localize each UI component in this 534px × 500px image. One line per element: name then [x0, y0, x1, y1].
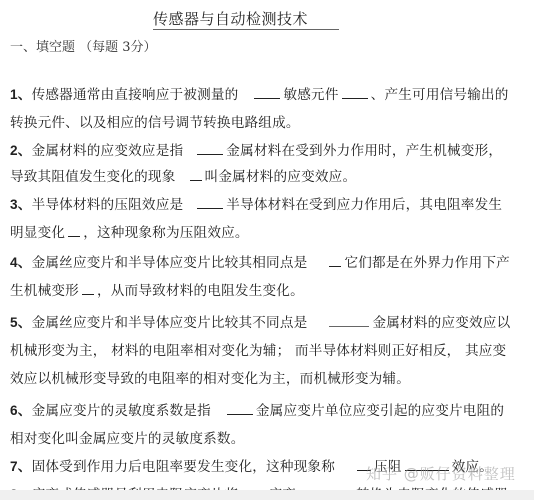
question-2-line-2: 导致其阻值发生变化的现象叫金属材料的应变效应。 [10, 168, 356, 186]
question-3-line-2: 明显变化，这种现象称为压阻效应。 [10, 224, 249, 242]
answer-blank [68, 224, 80, 237]
question-number: 3、 [10, 197, 32, 212]
question-4-line-1: 4、金属丝应变片和半导体应变片比较其相同点是它们都是在外界力作用下产 [10, 254, 510, 272]
question-3-line-1: 3、半导体材料的压阻效应是半导体材料在受到应力作用后，其电阻率发生 [10, 196, 502, 214]
answer-blank [82, 282, 94, 295]
question-number: 4、 [10, 255, 32, 270]
question-number: 6、 [10, 403, 32, 418]
answer-blank [227, 402, 253, 415]
answer-blank [190, 168, 202, 181]
question-1-line-2: 转换元件、以及相应的信号调节转换电路组成。 [10, 114, 300, 132]
section-heading: 一、填空题 （每题 3分） [10, 40, 157, 56]
question-number: 2、 [10, 143, 32, 158]
question-6-line-2: 相对变化叫金属应变片的灵敏度系数。 [10, 430, 245, 448]
answer-blank [197, 142, 223, 155]
document-title: 传感器与自动检测技术 [153, 10, 339, 30]
question-number: 5、 [10, 315, 32, 330]
question-6-line-1: 6、金属应变片的灵敏度系数是指金属应变片单位应变引起的应变片电阻的 [10, 402, 504, 420]
question-5-line-2: 机械形变为主， 材料的电阻率相对变化为辅； 而半导体材料则正好相反， 其应变 [10, 342, 506, 360]
question-1-line-1: 1、传感器通常由直接响应于被测量的敏感元件、产生可用信号输出的 [10, 86, 509, 104]
answer-blank [342, 86, 368, 99]
answer-blank [329, 314, 369, 327]
bottom-strip [0, 490, 534, 500]
question-number: 1、 [10, 87, 32, 102]
watermark: 知乎 @贩仔资料整理 [366, 463, 516, 484]
question-2-line-1: 2、金属材料的应变效应是指金属材料在受到外力作用时，产生机械变形， [10, 142, 502, 160]
answer-blank [197, 196, 223, 209]
question-number: 7、 [10, 459, 32, 474]
answer-blank [254, 86, 280, 99]
question-4-line-2: 生机械变形，从而导致材料的电阻发生变化。 [10, 282, 304, 300]
question-5-line-3: 效应以机械形变导致的电阻率的相对变化为主，而机械形变为辅。 [10, 370, 410, 388]
question-5-line-1: 5、金属丝应变片和半导体应变片比较其不同点是金属材料的应变效应以 [10, 314, 510, 332]
answer-blank [329, 254, 341, 267]
